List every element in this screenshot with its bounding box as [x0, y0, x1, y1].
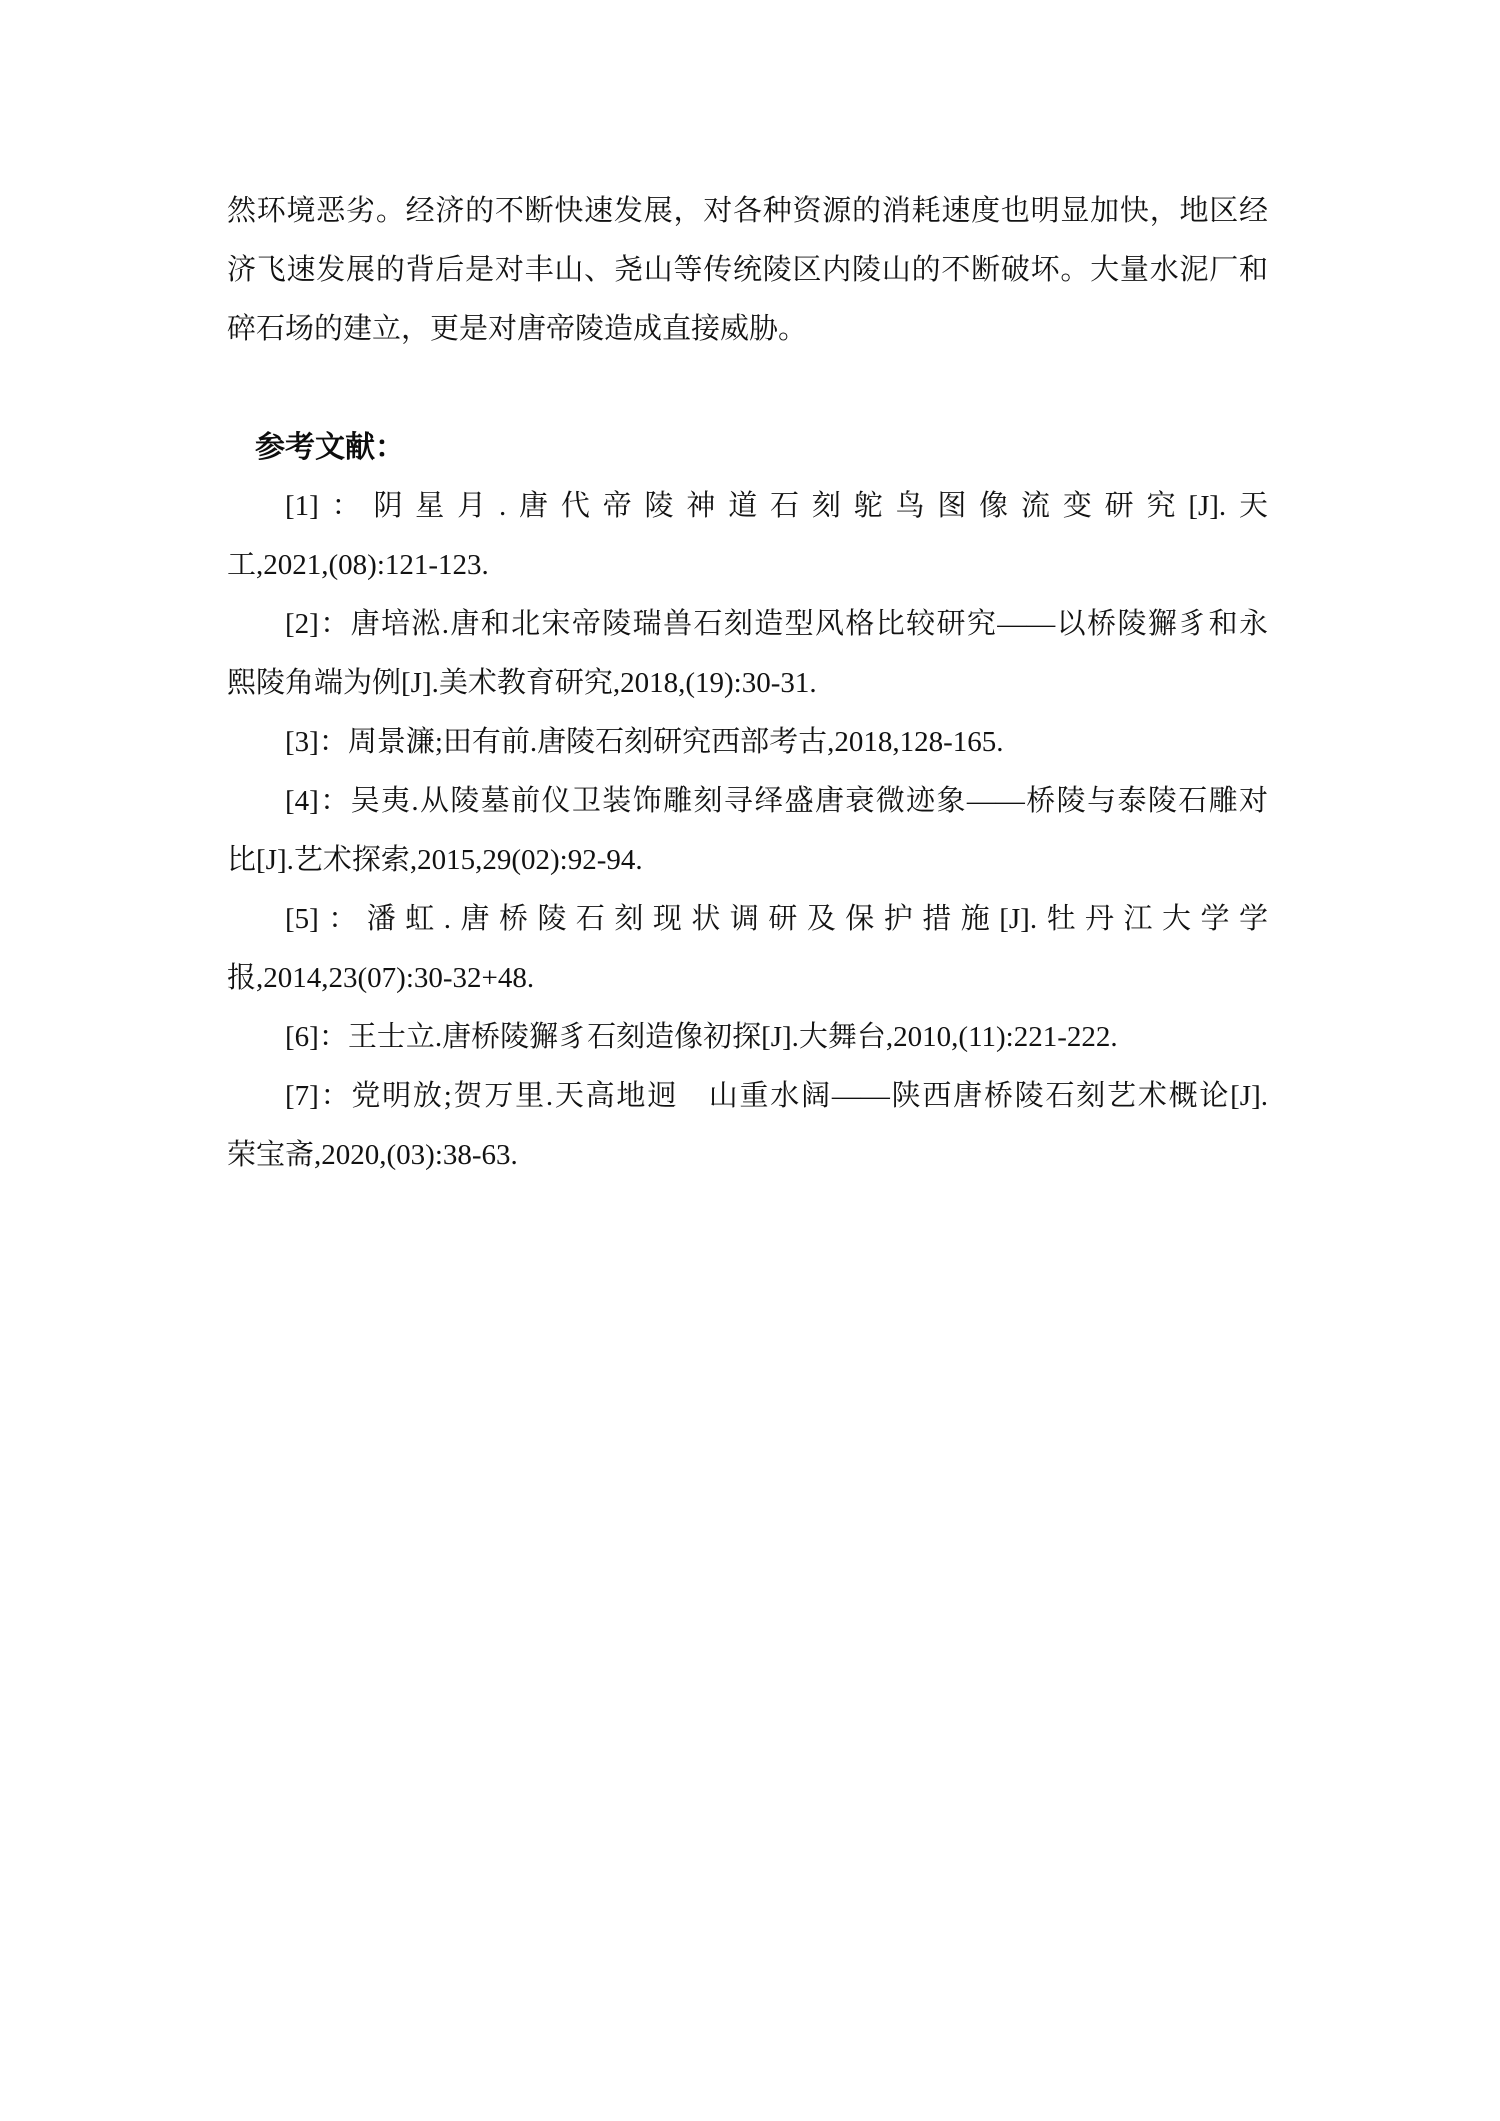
reference-line: [7]：党明放;贺万里.天高地迥 山重水阔——陕西唐桥陵石刻艺术概论[J]. [227, 1067, 1268, 1126]
paragraph-line: 碎石场的建立，更是对唐帝陵造成直接威胁。 [227, 300, 1268, 359]
document-page: 然环境恶劣。经济的不断快速发展，对各种资源的消耗速度也明显加快，地区经济飞速发展… [0, 0, 1500, 2121]
reference-line: [6]：王士立.唐桥陵獬豸石刻造像初探[J].大舞台,2010,(11):221… [227, 1008, 1268, 1067]
reference-line: [1]：阴星月.唐代帝陵神道石刻鸵鸟图像流变研究[J].天 [227, 477, 1268, 536]
reference-line: 报,2014,23(07):30-32+48. [227, 949, 1268, 1008]
reference-line: [3]：周景濂;田有前.唐陵石刻研究西部考古,2018,128-165. [227, 713, 1268, 772]
references-list: [1]：阴星月.唐代帝陵神道石刻鸵鸟图像流变研究[J].天工,2021,(08)… [227, 477, 1268, 1185]
reference-line: 荣宝斋,2020,(03):38-63. [227, 1126, 1268, 1185]
reference-line: 熙陵角端为例[J].美术教育研究,2018,(19):30-31. [227, 654, 1268, 713]
paragraph-line: 然环境恶劣。经济的不断快速发展，对各种资源的消耗速度也明显加快，地区经 [227, 182, 1268, 241]
reference-line: [4]：吴夷.从陵墓前仪卫装饰雕刻寻绎盛唐衰微迹象——桥陵与泰陵石雕对 [227, 772, 1268, 831]
reference-line: [5]：潘虹.唐桥陵石刻现状调研及保护措施[J].牡丹江大学学 [227, 890, 1268, 949]
reference-line: 工,2021,(08):121-123. [227, 536, 1268, 595]
references-heading: 参考文献： [227, 418, 1268, 477]
page-content: 然环境恶劣。经济的不断快速发展，对各种资源的消耗速度也明显加快，地区经济飞速发展… [227, 182, 1268, 1185]
reference-line: 比[J].艺术探索,2015,29(02):92-94. [227, 831, 1268, 890]
body-paragraph: 然环境恶劣。经济的不断快速发展，对各种资源的消耗速度也明显加快，地区经济飞速发展… [227, 182, 1268, 359]
reference-line: [2]：唐培淞.唐和北宋帝陵瑞兽石刻造型风格比较研究——以桥陵獬豸和永 [227, 595, 1268, 654]
paragraph-line: 济飞速发展的背后是对丰山、尧山等传统陵区内陵山的不断破坏。大量水泥厂和 [227, 241, 1268, 300]
